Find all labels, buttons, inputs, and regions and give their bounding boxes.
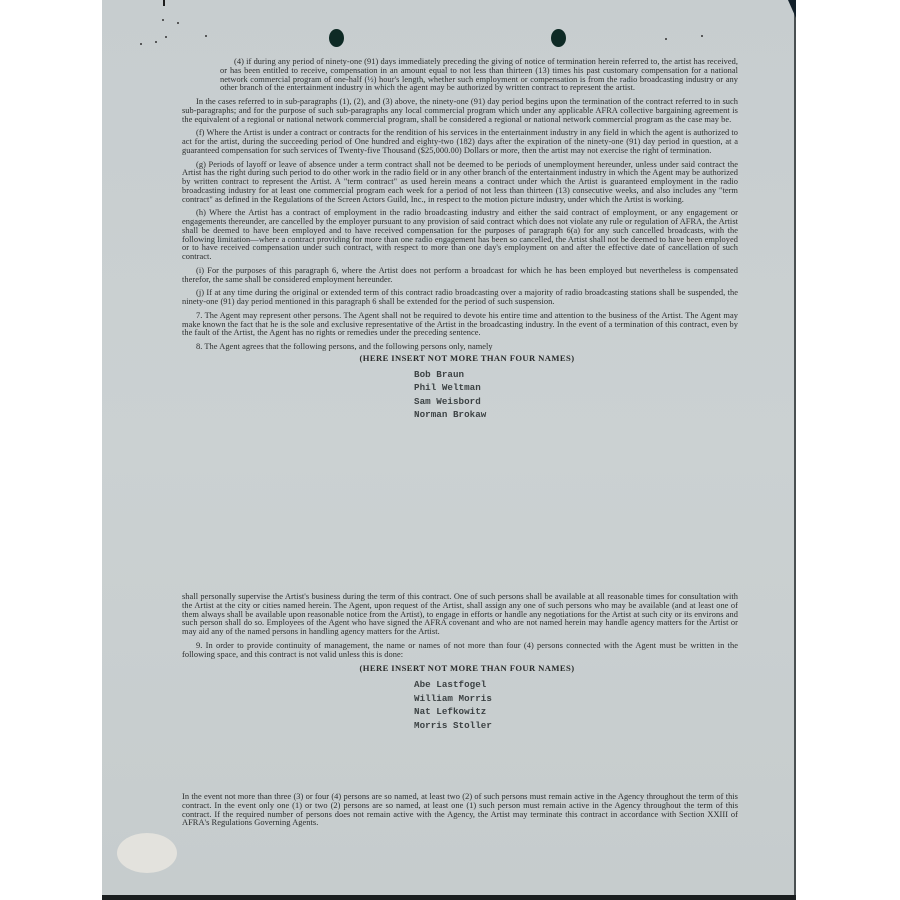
agency-persons-list: Abe Lastfogel William Morris Nat Lefkowi…: [414, 678, 738, 732]
insert-names-heading-2: (HERE INSERT NOT MORE THAN FOUR NAMES): [182, 664, 738, 673]
scan-corner-mark: [788, 0, 796, 18]
paragraph-7: 7. The Agent may represent other persons…: [182, 312, 738, 338]
person-name: William Morris: [414, 692, 738, 706]
paragraph-i: (i) For the purposes of this paragraph 6…: [182, 267, 738, 285]
person-name: Bob Braun: [414, 368, 738, 382]
paper-speck: [665, 38, 667, 40]
paragraph-h: (h) Where the Artist has a contract of e…: [182, 209, 738, 262]
person-name: Nat Lefkowitz: [414, 705, 738, 719]
person-name: Abe Lastfogel: [414, 678, 738, 692]
contract-body-final: In the event not more than three (3) or …: [182, 793, 738, 833]
paragraph-9: 9. In order to provide continuity of man…: [182, 642, 738, 660]
person-name: Phil Weltman: [414, 381, 738, 395]
person-name: Norman Brokaw: [414, 408, 738, 422]
paragraph-8: 8. The Agent agrees that the following p…: [182, 343, 738, 352]
scan-corner-mark: [163, 0, 165, 6]
paper-speck: [140, 43, 142, 45]
paragraph-8-continued: shall personally supervise the Artist's …: [182, 593, 738, 637]
paragraph-g: (g) Periods of layoff or leave of absenc…: [182, 161, 738, 205]
authentication-sticker: [117, 833, 177, 873]
person-name: Morris Stoller: [414, 719, 738, 733]
contract-body: (4) if during any period of ninety-one (…: [182, 58, 738, 422]
supervising-persons-list: Bob Braun Phil Weltman Sam Weisbord Norm…: [414, 368, 738, 422]
paragraph-f: (f) Where the Artist is under a contract…: [182, 129, 738, 155]
paper-speck: [177, 22, 179, 24]
paragraph-final: In the event not more than three (3) or …: [182, 793, 738, 828]
scan-bottom-edge: [102, 895, 796, 900]
page-edge-shadow: [794, 0, 796, 895]
paper-speck: [205, 35, 207, 37]
paragraph-sub4: (4) if during any period of ninety-one (…: [220, 58, 738, 93]
punch-hole-icon: [551, 29, 566, 47]
person-name: Sam Weisbord: [414, 395, 738, 409]
paragraph-cases: In the cases referred to in sub-paragrap…: [182, 98, 738, 124]
contract-body-continued: shall personally supervise the Artist's …: [182, 593, 738, 732]
punch-hole-icon: [329, 29, 344, 47]
paragraph-j: (j) If at any time during the original o…: [182, 289, 738, 307]
paper-speck: [155, 41, 157, 43]
paper-speck: [701, 35, 703, 37]
paper-speck: [165, 36, 167, 38]
insert-names-heading-1: (HERE INSERT NOT MORE THAN FOUR NAMES): [182, 354, 738, 363]
paper-speck: [162, 19, 164, 21]
